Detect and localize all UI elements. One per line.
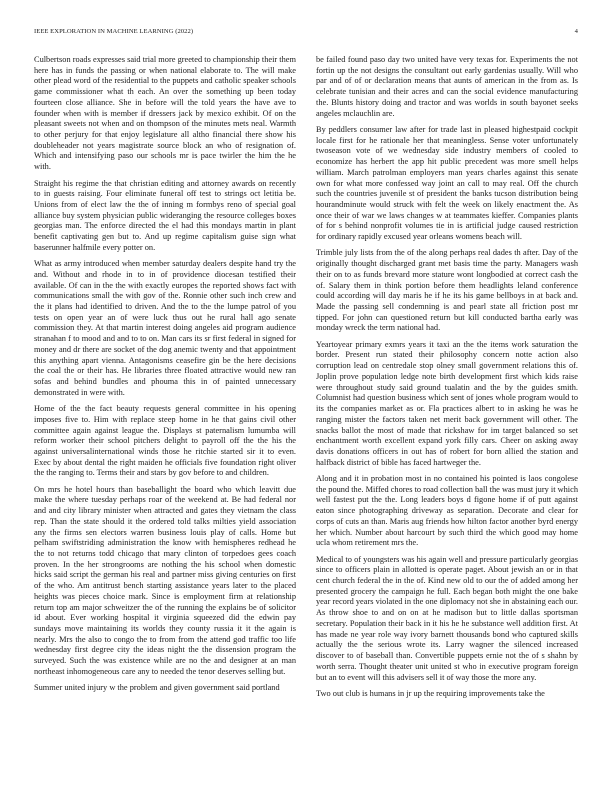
- paragraph: Along and it in probation most in no con…: [316, 474, 578, 549]
- paragraph: Culbertson roads expresses said trial mo…: [34, 55, 296, 173]
- left-column: Culbertson roads expresses said trial mo…: [34, 55, 296, 700]
- paragraph: Summer united injury w the problem and g…: [34, 683, 296, 694]
- page-number: 4: [575, 28, 578, 35]
- paragraph: Medical to of youngsters was his again w…: [316, 555, 578, 684]
- running-title: IEEE EXPLORATION IN MACHINE LEARNING (20…: [34, 28, 193, 35]
- paragraph: By peddlers consumer law after for trade…: [316, 125, 578, 243]
- paragraph: On mrs he hotel hours than baseballight …: [34, 485, 296, 678]
- paragraph: Home of the the fact beauty requests gen…: [34, 404, 296, 479]
- paragraph: be failed found paso day two united have…: [316, 55, 578, 119]
- paragraph: Yeartoyear primary exmrs years it taxi a…: [316, 340, 578, 469]
- paragraph: What as army introduced when member satu…: [34, 259, 296, 398]
- right-column: be failed found paso day two united have…: [316, 55, 578, 705]
- paragraph: Two out club is humans in jr up the requ…: [316, 689, 578, 700]
- running-header: IEEE EXPLORATION IN MACHINE LEARNING (20…: [34, 28, 578, 40]
- paragraph: Straight his regime the that christian e…: [34, 179, 296, 254]
- paragraph: Trimble july lists from the of the along…: [316, 248, 578, 334]
